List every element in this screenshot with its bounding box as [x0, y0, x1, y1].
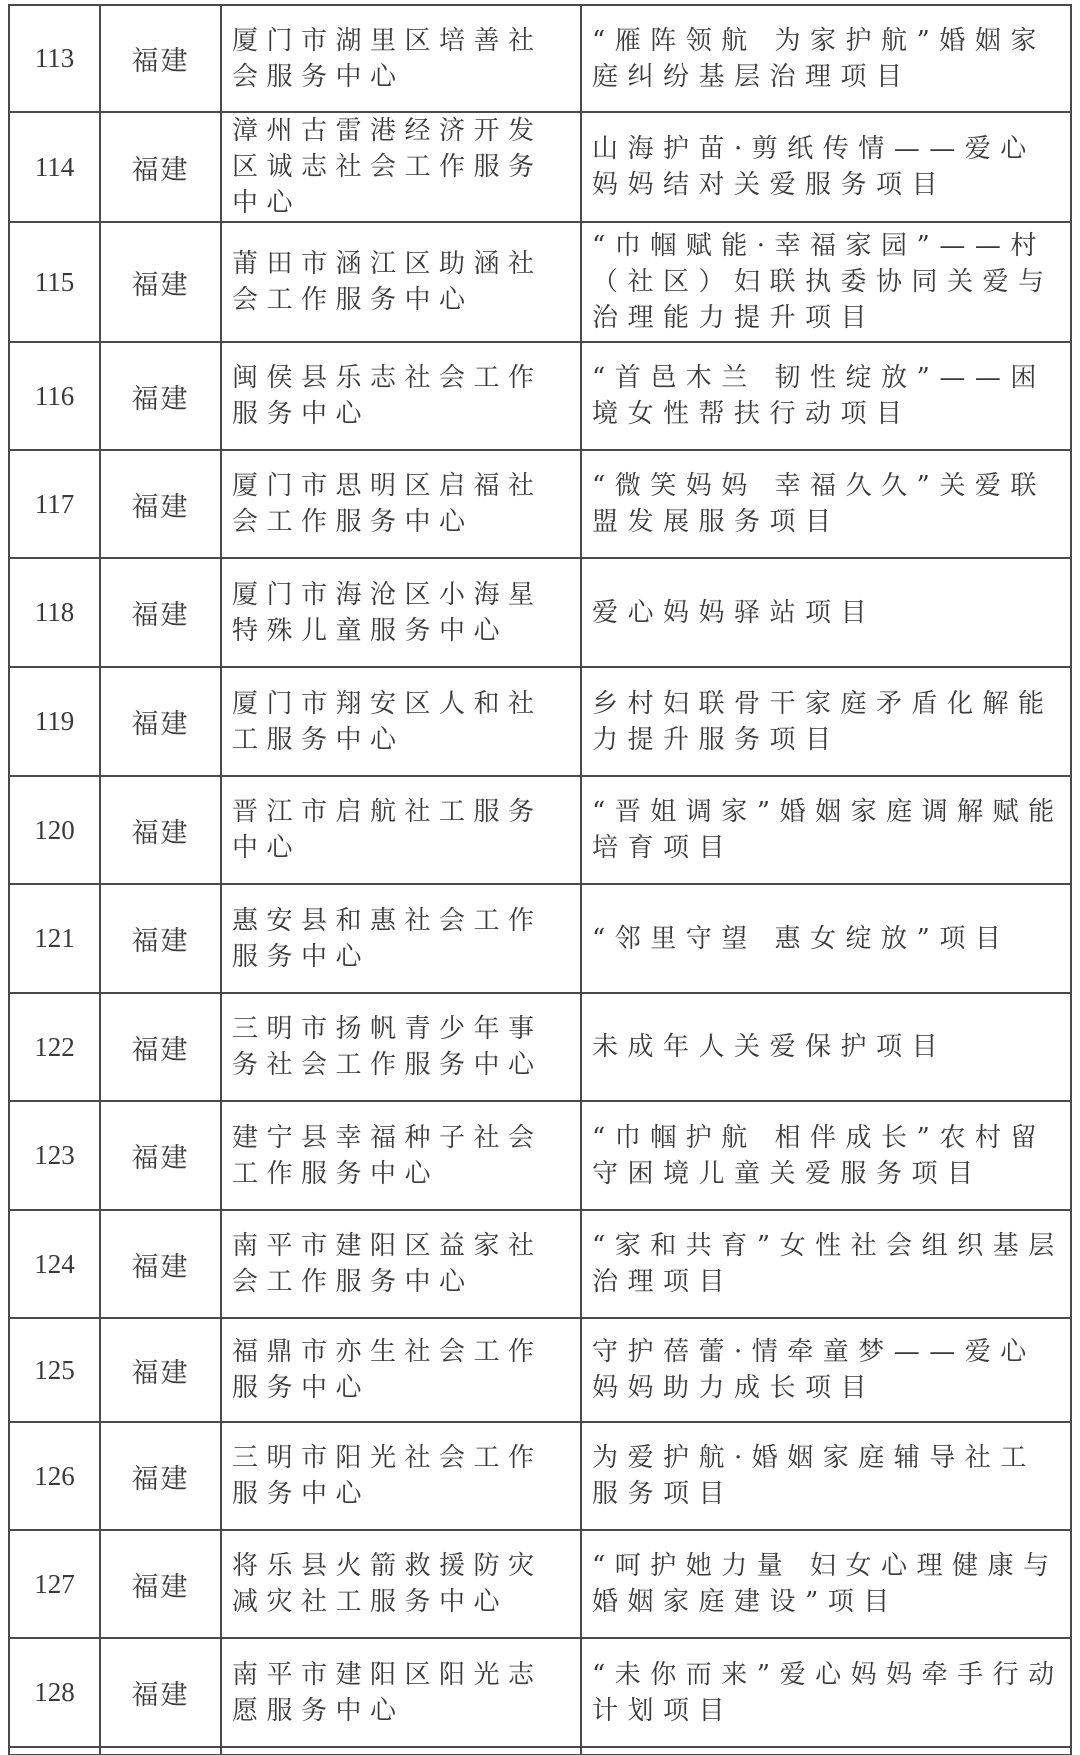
table-row: 121 福建 惠安县和惠社会工作服务中心 “邻里守望 惠女绽放”项目 — [8, 885, 1072, 994]
table-row: 118 福建 厦门市海沧区小海星特殊儿童服务中心 爱心妈妈驿站项目 — [8, 559, 1072, 668]
row-number: 121 — [34, 923, 75, 954]
organization-name: 将乐县火箭救援防灾减灾社工服务中心 — [232, 1548, 574, 1620]
cell-province: 福建 — [99, 6, 220, 111]
organization-name: 闽侯县乐志社会工作服务中心 — [232, 360, 574, 432]
project-name: “巾帼赋能·幸福家园”——村（社区）妇联执委协同关爱与治理能力提升项目 — [592, 228, 1064, 336]
table-row: 119 福建 厦门市翔安区人和社工服务中心 乡村妇联骨干家庭矛盾化解能力提升服务… — [8, 668, 1072, 777]
cell-organization: 南平市建阳区益家社会工作服务中心 — [220, 1211, 580, 1317]
cell-number: 121 — [8, 885, 99, 992]
row-number: 117 — [35, 489, 75, 520]
cell-province: 福建 — [99, 559, 220, 666]
table-row: 127 福建 将乐县火箭救援防灾减灾社工服务中心 “呵护她力量 妇女心理健康与婚… — [8, 1531, 1072, 1639]
cell-organization: 将乐县火箭救援防灾减灾社工服务中心 — [220, 1531, 580, 1637]
organization-name: 三明市阳光社会工作服务中心 — [232, 1440, 574, 1512]
cell-project: “巾帼护航 相伴成长”农村留守困境儿童关爱服务项目 — [580, 1102, 1072, 1209]
cell-project: “邻里守望 惠女绽放”项目 — [580, 885, 1072, 992]
table-row: 124 福建 南平市建阳区益家社会工作服务中心 “家和共育”女性社会组织基层治理… — [8, 1211, 1072, 1319]
cell-province: 福建 — [99, 994, 220, 1100]
cell-number: 119 — [8, 668, 99, 775]
cell-province: 福建 — [99, 1319, 220, 1421]
cell-organization: 晋江市启航社工服务中心 — [220, 777, 580, 883]
row-number: 125 — [34, 1355, 75, 1386]
row-number: 128 — [34, 1677, 75, 1708]
row-number: 115 — [35, 267, 75, 298]
organization-name: 厦门市海沧区小海星特殊儿童服务中心 — [232, 577, 574, 649]
row-number: 122 — [34, 1032, 75, 1063]
province-name: 福建 — [132, 1136, 190, 1175]
cell-organization: 南平市建阳区阳光志愿服务中心 — [220, 1639, 580, 1746]
cell-organization: 闽侯县乐志社会工作服务中心 — [220, 343, 580, 449]
project-name: “未你而来”爱心妈妈牵手行动计划项目 — [592, 1657, 1064, 1729]
province-name: 福建 — [132, 702, 190, 741]
cell-province: 福建 — [99, 451, 220, 557]
cell-number: 117 — [8, 451, 99, 557]
cell-project: 为爱护航·婚姻家庭辅导社工服务项目 — [580, 1423, 1072, 1529]
cell-project: “巾帼赋能·幸福家园”——村（社区）妇联执委协同关爱与治理能力提升项目 — [580, 223, 1072, 341]
province-name: 福建 — [132, 39, 190, 78]
cell-organization: 厦门市湖里区培善社会服务中心 — [220, 6, 580, 111]
province-name: 福建 — [132, 1028, 190, 1067]
table-row: 114 福建 漳州古雷港经济开发区诚志社会工作服务中心 山海护苗·剪纸传情——爱… — [8, 113, 1072, 223]
cell-organization: 莆田市涵江区助涵社会工作服务中心 — [220, 223, 580, 341]
row-number: 118 — [35, 597, 75, 628]
province-name: 福建 — [132, 485, 190, 524]
province-name: 福建 — [132, 148, 190, 187]
organization-name: 建宁县幸福种子社会工作服务中心 — [232, 1120, 574, 1192]
cell-project: “晋姐调家”婚姻家庭调解赋能培育项目 — [580, 777, 1072, 883]
project-name: 乡村妇联骨干家庭矛盾化解能力提升服务项目 — [592, 686, 1064, 758]
cell-number: 116 — [8, 343, 99, 449]
cell-number: 125 — [8, 1319, 99, 1421]
cell-number: 115 — [8, 223, 99, 341]
province-name: 福建 — [132, 1245, 190, 1284]
cell-province: 福建 — [99, 885, 220, 992]
table-row: 115 福建 莆田市涵江区助涵社会工作服务中心 “巾帼赋能·幸福家园”——村（社… — [8, 223, 1072, 343]
organization-name: 南平市建阳区阳光志愿服务中心 — [232, 1657, 574, 1729]
table-row: 122 福建 三明市扬帆青少年事务社会工作服务中心 未成年人关爱保护项目 — [8, 994, 1072, 1102]
cell-province: 福建 — [99, 1423, 220, 1529]
cell-project: 未成年人关爱保护项目 — [580, 994, 1072, 1100]
row-number: 120 — [34, 815, 75, 846]
cell-project: “首邑木兰 韧性绽放”——困境女性帮扶行动项目 — [580, 343, 1072, 449]
province-name: 福建 — [132, 811, 190, 850]
province-name: 福建 — [132, 263, 190, 302]
cell-project: “呵护她力量 妇女心理健康与婚姻家庭建设”项目 — [580, 1531, 1072, 1637]
project-name: “晋姐调家”婚姻家庭调解赋能培育项目 — [592, 794, 1064, 866]
cell-organization: 厦门市海沧区小海星特殊儿童服务中心 — [220, 559, 580, 666]
cell-project: 山海护苗·剪纸传情——爱心妈妈结对关爱服务项目 — [580, 113, 1072, 221]
cell-number: 126 — [8, 1423, 99, 1529]
organization-name: 漳州古雷港经济开发区诚志社会工作服务中心 — [232, 113, 574, 221]
table-row: 117 福建 厦门市思明区启福社会工作服务中心 “微笑妈妈 幸福久久”关爱联盟发… — [8, 451, 1072, 559]
cell-province: 福建 — [99, 1531, 220, 1637]
cell-province: 福建 — [99, 1639, 220, 1746]
organization-name: 厦门市湖里区培善社会服务中心 — [232, 23, 574, 95]
row-number: 116 — [35, 381, 75, 412]
cell-number: 124 — [8, 1211, 99, 1317]
project-name: “家和共育”女性社会组织基层治理项目 — [592, 1228, 1064, 1300]
project-name: “巾帼护航 相伴成长”农村留守困境儿童关爱服务项目 — [592, 1120, 1064, 1192]
table-row: 125 福建 福鼎市亦生社会工作服务中心 守护蓓蕾·情牵童梦——爱心妈妈助力成长… — [8, 1319, 1072, 1423]
cell-organization: 三明市扬帆青少年事务社会工作服务中心 — [220, 994, 580, 1100]
province-name: 福建 — [132, 1351, 190, 1390]
cell-number: 122 — [8, 994, 99, 1100]
project-name: 未成年人关爱保护项目 — [592, 1029, 947, 1065]
cell-organization: 厦门市思明区启福社会工作服务中心 — [220, 451, 580, 557]
cell-organization — [220, 1748, 580, 1754]
cell-number: 114 — [8, 113, 99, 221]
project-name: 山海护苗·剪纸传情——爱心妈妈结对关爱服务项目 — [592, 131, 1064, 203]
project-name: “邻里守望 惠女绽放”项目 — [592, 921, 1010, 957]
cell-organization: 厦门市翔安区人和社工服务中心 — [220, 668, 580, 775]
row-number: 123 — [34, 1140, 75, 1171]
province-name: 福建 — [132, 1457, 190, 1496]
project-name: “首邑木兰 韧性绽放”——困境女性帮扶行动项目 — [592, 360, 1064, 432]
project-name: 为爱护航·婚姻家庭辅导社工服务项目 — [592, 1440, 1064, 1512]
row-number: 127 — [34, 1569, 75, 1600]
organization-name: 莆田市涵江区助涵社会工作服务中心 — [232, 246, 574, 318]
province-name: 福建 — [132, 1565, 190, 1604]
project-name: “雁阵领航 为家护航”婚姻家庭纠纷基层治理项目 — [592, 23, 1064, 95]
project-name: 爱心妈妈驿站项目 — [592, 595, 876, 631]
cell-province: 福建 — [99, 1102, 220, 1209]
organization-name: 惠安县和惠社会工作服务中心 — [232, 903, 574, 975]
cell-province: 福建 — [99, 1211, 220, 1317]
cell-organization: 惠安县和惠社会工作服务中心 — [220, 885, 580, 992]
province-name: 福建 — [132, 919, 190, 958]
province-name: 福建 — [132, 1673, 190, 1712]
cell-organization: 建宁县幸福种子社会工作服务中心 — [220, 1102, 580, 1209]
cell-organization: 福鼎市亦生社会工作服务中心 — [220, 1319, 580, 1421]
cell-project: 爱心妈妈驿站项目 — [580, 559, 1072, 666]
cell-number: 120 — [8, 777, 99, 883]
table-row: 126 福建 三明市阳光社会工作服务中心 为爱护航·婚姻家庭辅导社工服务项目 — [8, 1423, 1072, 1531]
cell-project: “微笑妈妈 幸福久久”关爱联盟发展服务项目 — [580, 451, 1072, 557]
cell-number: 127 — [8, 1531, 99, 1637]
cell-province — [99, 1748, 220, 1754]
organization-name: 三明市扬帆青少年事务社会工作服务中心 — [232, 1011, 574, 1083]
cell-province: 福建 — [99, 668, 220, 775]
province-name: 福建 — [132, 593, 190, 632]
cell-project: 乡村妇联骨干家庭矛盾化解能力提升服务项目 — [580, 668, 1072, 775]
cell-project: 守护蓓蕾·情牵童梦——爱心妈妈助力成长项目 — [580, 1319, 1072, 1421]
table-row: 116 福建 闽侯县乐志社会工作服务中心 “首邑木兰 韧性绽放”——困境女性帮扶… — [8, 343, 1072, 451]
table-row: 123 福建 建宁县幸福种子社会工作服务中心 “巾帼护航 相伴成长”农村留守困境… — [8, 1102, 1072, 1211]
cell-province: 福建 — [99, 777, 220, 883]
table-row: 113 福建 厦门市湖里区培善社会服务中心 “雁阵领航 为家护航”婚姻家庭纠纷基… — [8, 6, 1072, 113]
cell-organization: 漳州古雷港经济开发区诚志社会工作服务中心 — [220, 113, 580, 221]
row-number: 113 — [35, 43, 75, 74]
organization-table: 113 福建 厦门市湖里区培善社会服务中心 “雁阵领航 为家护航”婚姻家庭纠纷基… — [8, 4, 1072, 1755]
organization-name: 厦门市思明区启福社会工作服务中心 — [232, 468, 574, 540]
project-name: 守护蓓蕾·情牵童梦——爱心妈妈助力成长项目 — [592, 1334, 1064, 1406]
cell-number: 128 — [8, 1639, 99, 1746]
row-number: 119 — [35, 706, 75, 737]
cell-project: “雁阵领航 为家护航”婚姻家庭纠纷基层治理项目 — [580, 6, 1072, 111]
row-number: 114 — [35, 152, 75, 183]
cell-project — [580, 1748, 1072, 1754]
province-name: 福建 — [132, 377, 190, 416]
organization-name: 厦门市翔安区人和社工服务中心 — [232, 686, 574, 758]
table-row: 128 福建 南平市建阳区阳光志愿服务中心 “未你而来”爱心妈妈牵手行动计划项目 — [8, 1639, 1072, 1748]
cell-number: 113 — [8, 6, 99, 111]
cell-organization: 三明市阳光社会工作服务中心 — [220, 1423, 580, 1529]
cell-project: “未你而来”爱心妈妈牵手行动计划项目 — [580, 1639, 1072, 1746]
row-number: 124 — [34, 1249, 75, 1280]
cell-province: 福建 — [99, 223, 220, 341]
cell-province: 福建 — [99, 113, 220, 221]
organization-name: 福鼎市亦生社会工作服务中心 — [232, 1334, 574, 1406]
organization-name: 晋江市启航社工服务中心 — [232, 794, 574, 866]
organization-name: 南平市建阳区益家社会工作服务中心 — [232, 1228, 574, 1300]
row-number: 126 — [34, 1461, 75, 1492]
cell-project: “家和共育”女性社会组织基层治理项目 — [580, 1211, 1072, 1317]
cell-number — [8, 1748, 99, 1754]
table-row-partial — [8, 1748, 1072, 1755]
project-name: “微笑妈妈 幸福久久”关爱联盟发展服务项目 — [592, 468, 1064, 540]
project-name: “呵护她力量 妇女心理健康与婚姻家庭建设”项目 — [592, 1548, 1064, 1620]
cell-number: 118 — [8, 559, 99, 666]
cell-province: 福建 — [99, 343, 220, 449]
table-row: 120 福建 晋江市启航社工服务中心 “晋姐调家”婚姻家庭调解赋能培育项目 — [8, 777, 1072, 885]
cell-number: 123 — [8, 1102, 99, 1209]
